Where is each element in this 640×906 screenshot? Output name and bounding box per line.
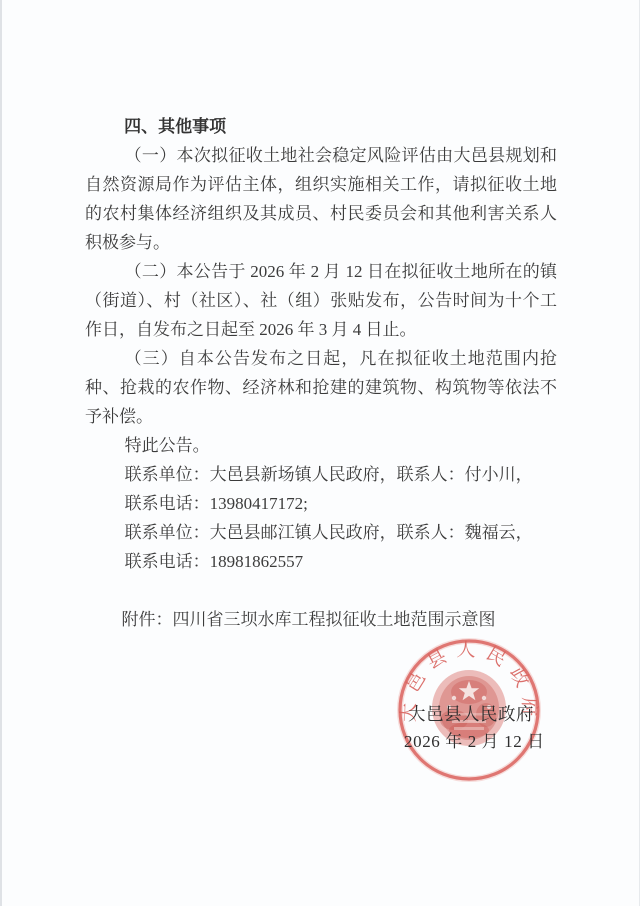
contact-unit-2: 联系单位：大邑县邮江镇人民政府，联系人：魏福云， [85,518,557,547]
attachment-line: 附件：四川省三坝水库工程拟征收土地范围示意图 [85,605,557,634]
paragraph-2: （二）本公告于 2026 年 2 月 12 日在拟征收土地所在的镇（街道）、村（… [85,257,557,344]
scanned-notice-page: 四、其他事项 （一）本次拟征收土地社会稳定风险评估由大邑县规划和自然资源局作为评… [0,0,640,906]
contact-unit-1: 联系单位：大邑县新场镇人民政府，联系人：付小川， [85,460,557,489]
signature-date: 2026 年 2 月 12 日 [404,727,545,752]
notice-body: 四、其他事项 （一）本次拟征收土地社会稳定风险评估由大邑县规划和自然资源局作为评… [85,112,557,634]
contact-phone-1: 联系电话：13980417172; [85,489,557,518]
contact-phone-2: 联系电话：18981862557 [85,547,557,576]
signature-issuer: 大邑县人民政府 [408,701,534,726]
scan-edge-left [0,0,2,906]
paragraph-1: （一）本次拟征收土地社会稳定风险评估由大邑县规划和自然资源局作为评估主体，组织实… [85,141,557,257]
section-heading: 四、其他事项 [85,112,557,141]
blank-line [85,576,557,605]
closing-line: 特此公告。 [85,431,557,460]
paragraph-3: （三）自本公告发布之日起，凡在拟征收土地范围内抢种、抢栽的农作物、经济林和抢建的… [85,344,557,431]
